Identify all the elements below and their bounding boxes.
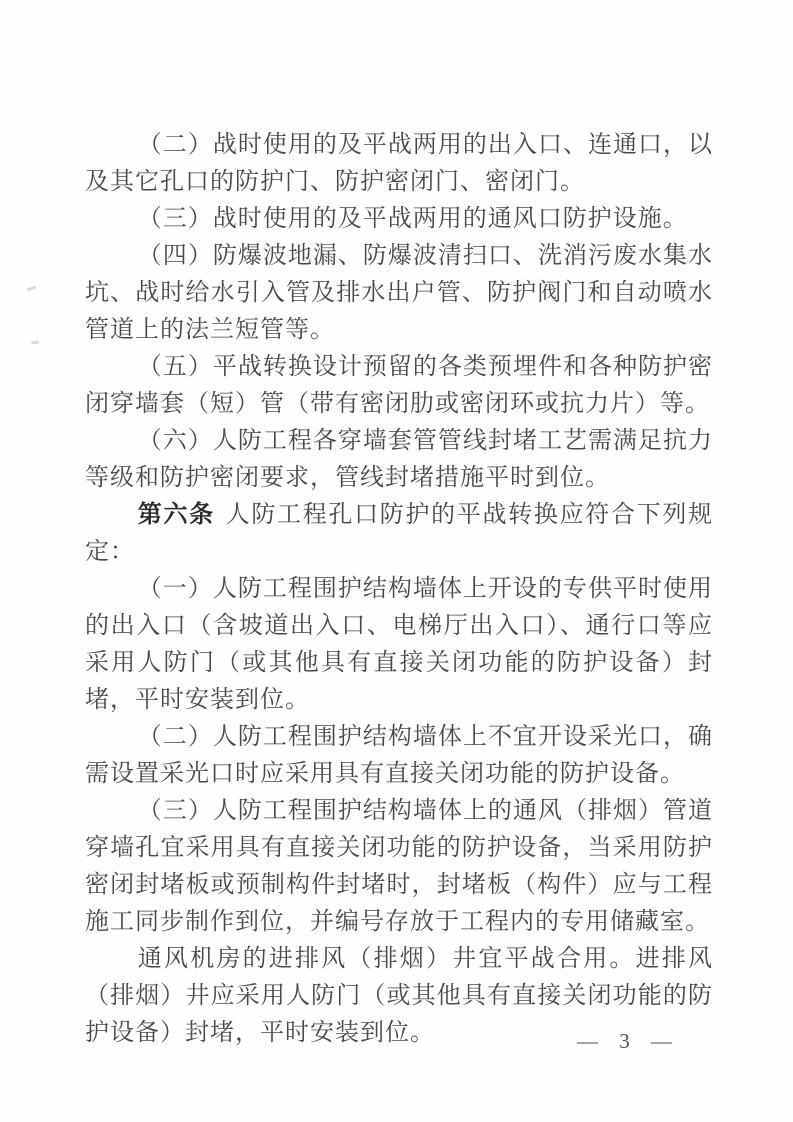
scan-speck — [27, 286, 36, 292]
page-number: — 3 — — [577, 1029, 680, 1054]
paragraph-item-6: （六）人防工程各穿墙套管管线封堵工艺需满足抗力等级和防护密闭要求，管线封堵措施平… — [85, 423, 713, 497]
paragraph-item-5: （五）平战转换设计预留的各类预埋件和各种防护密闭穿墙套（短）管（带有密闭肋或密闭… — [85, 349, 713, 423]
paragraph-clause-3: （三）人防工程围护结构墙体上的通风（排烟）管道穿墙孔宜采用具有直接关闭功能的防护… — [85, 793, 713, 941]
paragraph-clause-2: （二）人防工程围护结构墙体上不宜开设采光口，确需设置采光口时应采用具有直接关闭功… — [85, 719, 713, 793]
paragraph-item-2: （二）战时使用的及平战两用的出入口、连通口，以及其它孔口的防护门、防护密闭门、密… — [85, 127, 713, 201]
document-body: （二）战时使用的及平战两用的出入口、连通口，以及其它孔口的防护门、防护密闭门、密… — [85, 127, 713, 1052]
scan-speck — [31, 340, 39, 344]
article-six-label: 第六条 — [138, 502, 215, 528]
paragraph-item-3: （三）战时使用的及平战两用的通风口防护设施。 — [85, 201, 713, 238]
paragraph-item-4: （四）防爆波地漏、防爆波清扫口、洗消污废水集水坑、战时给水引入管及排水出户管、防… — [85, 238, 713, 349]
document-page: （二）战时使用的及平战两用的出入口、连通口，以及其它孔口的防护门、防护密闭门、密… — [0, 0, 793, 1122]
paragraph-clause-1: （一）人防工程围护结构墙体上开设的专供平时使用的出入口（含坡道出入口、电梯厅出入… — [85, 571, 713, 719]
paragraph-article-six: 第六条人防工程孔口防护的平战转换应符合下列规定： — [85, 497, 713, 571]
